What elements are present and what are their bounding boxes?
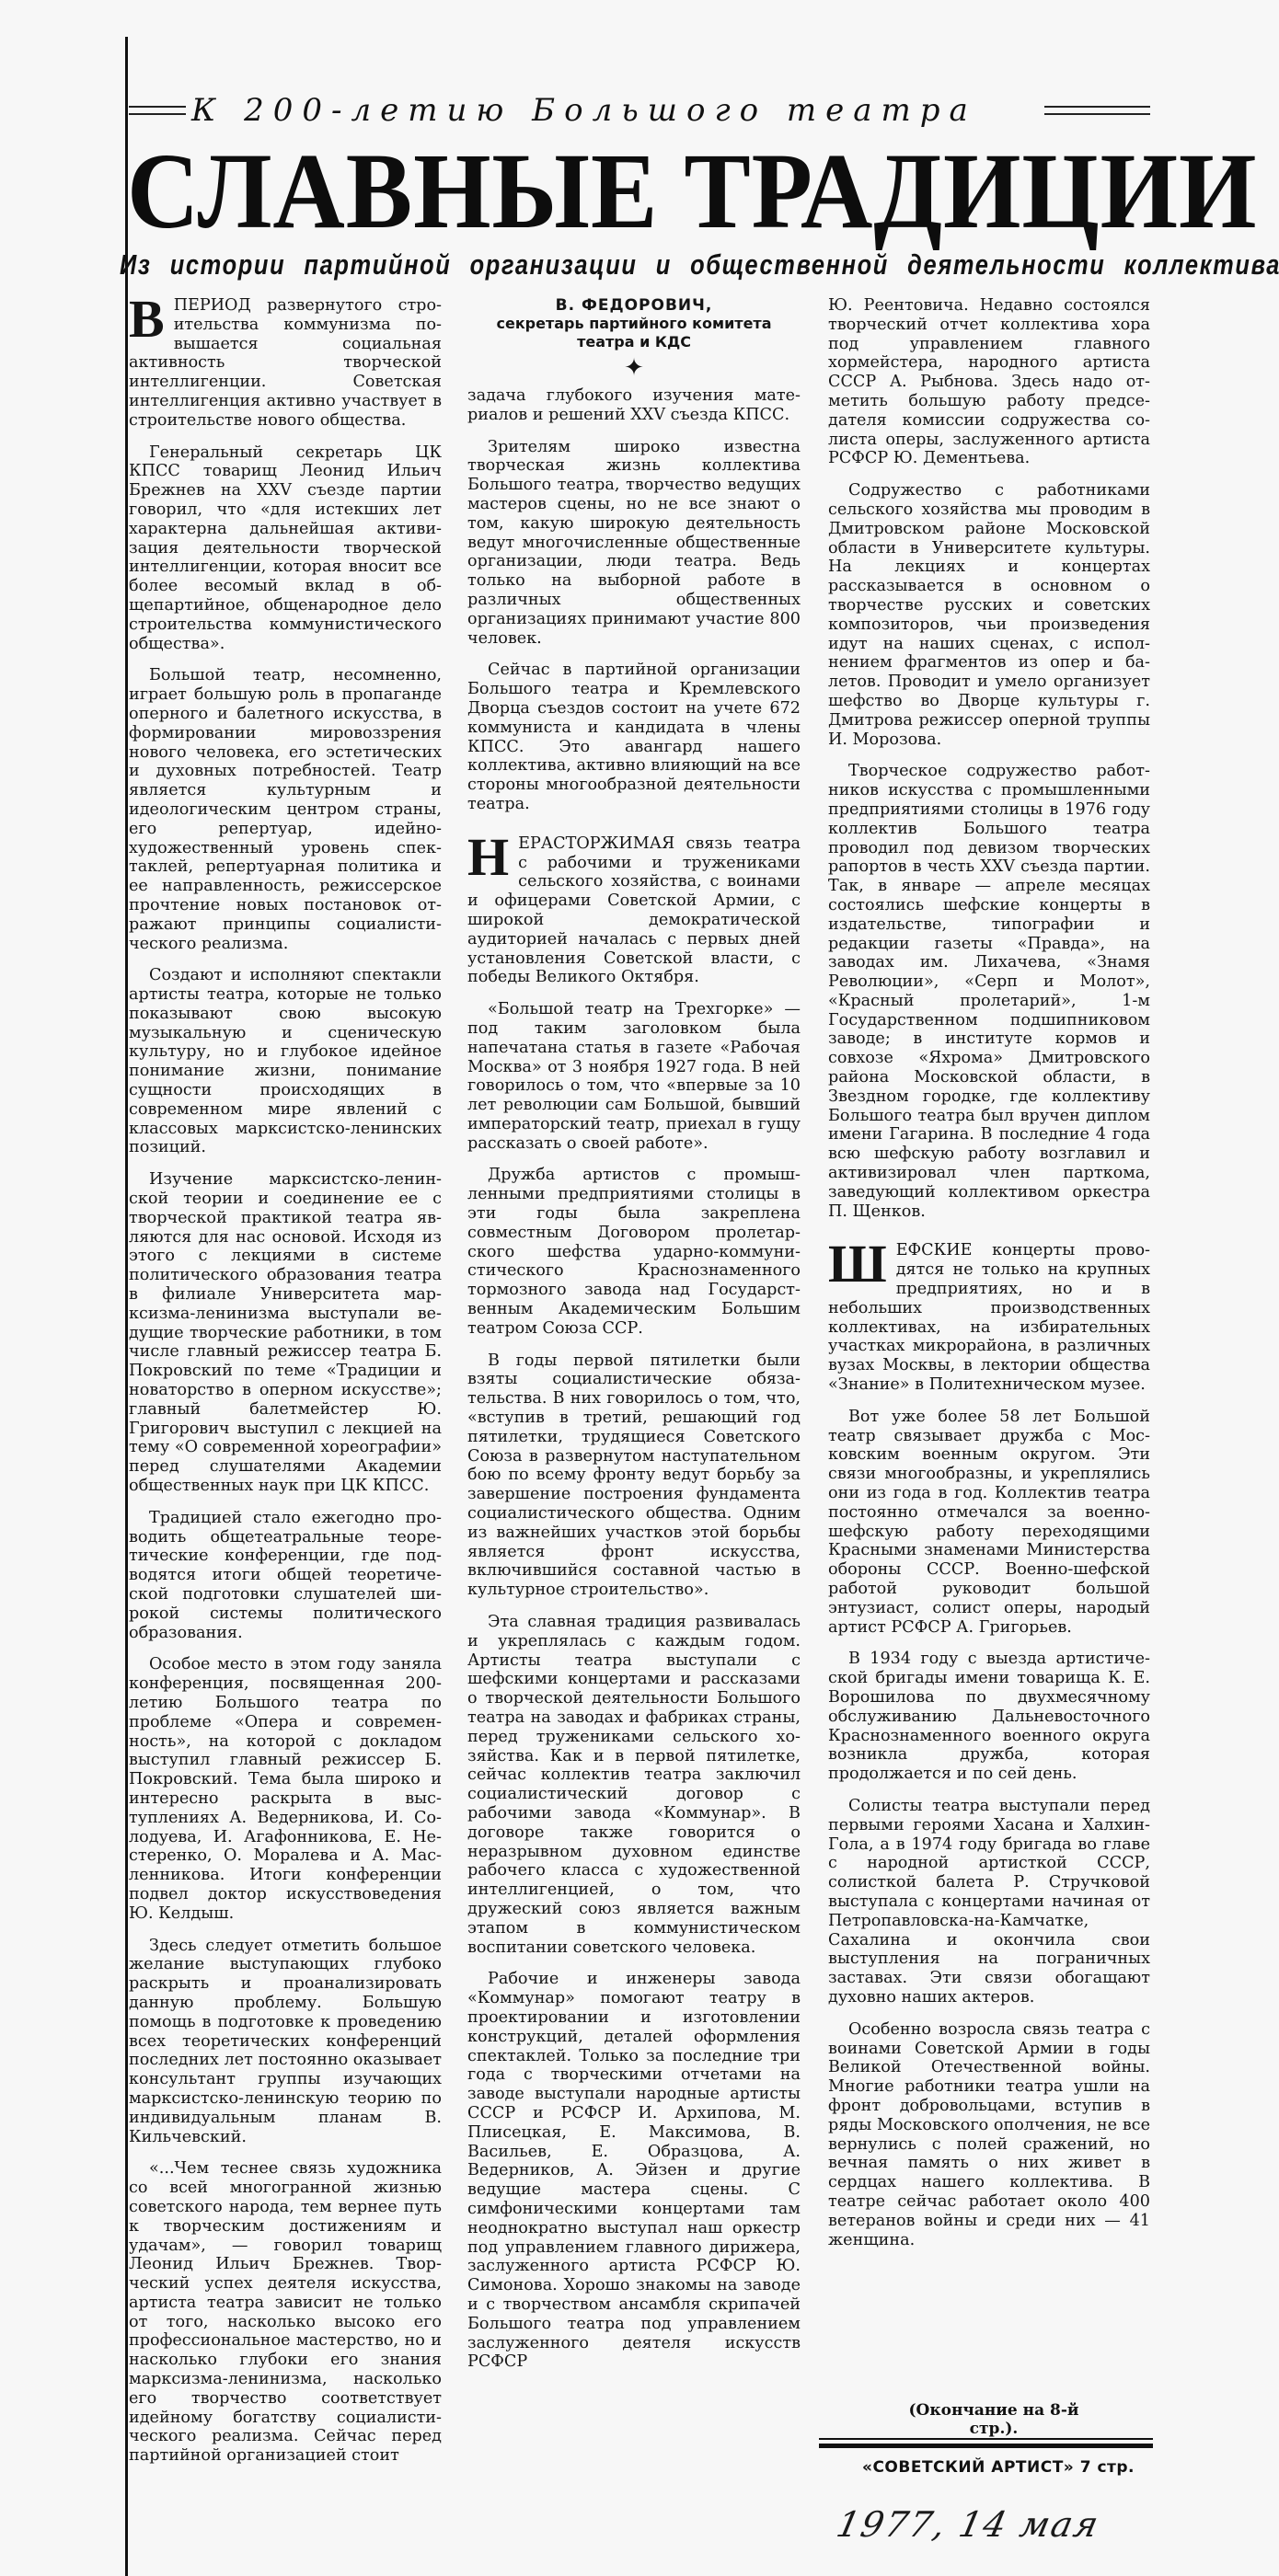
paragraph: Содружество с работниками сельского хозя… (828, 481, 1150, 749)
author-name: В. ФЕДОРОВИЧ, (467, 296, 801, 315)
kicker-text: К 200-летию Большого театра (186, 92, 1044, 129)
drop-cap: Ш (828, 1243, 887, 1285)
paragraph-text: развернутого стро­ительства коммунизма п… (129, 296, 442, 430)
section-kicker: К 200-летию Большого театра (129, 90, 1150, 131)
paragraph: ВПЕРИОД развернутого стро­ительства комм… (129, 296, 442, 431)
paragraph: Ю. Реентовича. Недавно состоял­ся творче… (828, 296, 1150, 468)
author-byline: В. ФЕДОРОВИЧ, секретарь партийного комит… (467, 296, 801, 351)
paragraph: Изучение марксистско-ленин­ской теории и… (129, 1170, 442, 1496)
paragraph: ШЕФСКИЕ концерты прово­дятся не только н… (828, 1241, 1150, 1394)
paragraph: Здесь следует отметить боль­шое желание … (129, 1937, 442, 2147)
kicker-rule-left (129, 106, 186, 115)
paragraph-text: связь те­атра с рабочими и тружени­ками … (467, 834, 801, 987)
article-column-2: В. ФЕДОРОВИЧ, секретарь партийного комит… (467, 296, 801, 2385)
lead-word: ЕФСКИЕ (896, 1241, 973, 1259)
column-border-line (125, 37, 128, 2576)
paragraph: задача глубокого изучения мате­риалов и … (467, 386, 801, 425)
author-position-2: театра и КДС (467, 333, 801, 351)
paragraph: НЕРАСТОРЖИМАЯ связь те­атра с рабочими и… (467, 834, 801, 987)
paragraph: Традицией стало ежегодно про­водить обще… (129, 1509, 442, 1643)
drop-cap: В (129, 298, 165, 340)
star-ornament-icon: ✦ (467, 355, 801, 381)
paragraph: Дружба артистов с промыш­ленными предпри… (467, 1166, 801, 1338)
subheadline: Из истории партийной организации и общес… (120, 247, 961, 283)
paragraph: Вот уже более 58 лет Большой театр связы… (828, 1408, 1150, 1638)
lead-word: ЕРАСТОРЖИМАЯ (518, 834, 674, 853)
paragraph: В годы первой пятилетки были взяты социа… (467, 1351, 801, 1600)
continued-note: (Окончание на 8-й стр.). (883, 2401, 1104, 2438)
publication-footer: «СОВЕТСКИЙ АРТИСТ» 7 стр. (860, 2458, 1136, 2477)
headline: СЛАВНЫЕ ТРАДИЦИИ (127, 136, 1058, 247)
paragraph: Творческое содружество работ­ников искус… (828, 762, 1150, 1221)
paragraph: Особое место в этом году заня­ла конфере… (129, 1655, 442, 1923)
paragraph: Сейчас в партийной организа­ции Большого… (467, 661, 801, 813)
article-column-1: ВПЕРИОД развернутого стро­ительства комм… (129, 296, 442, 2478)
paragraph: В 1934 году с выезда артистиче­ской бриг… (828, 1650, 1150, 1784)
paragraph: Эта славная традиция развива­лась и укре… (467, 1613, 801, 1957)
paragraph: Рабочие и инженеры завода «Коммунар» пом… (467, 1970, 801, 2372)
paragraph: Зрителям широко известна творческая жизн… (467, 438, 801, 649)
paragraph: Генеральный секретарь ЦК КПСС товарищ Ле… (129, 443, 442, 654)
paragraph: Солисты театра выступали пе­ред первыми … (828, 1797, 1150, 2007)
drop-cap: Н (467, 836, 509, 879)
lead-word: ПЕРИОД (174, 296, 251, 315)
paragraph: Особенно возросла связь театра с воинами… (828, 2020, 1150, 2250)
handwritten-date: 1977, 14 мая (833, 2504, 1103, 2545)
paragraph: Большой театр, несомненно, играет большу… (129, 666, 442, 953)
kicker-rule-right (1044, 106, 1150, 115)
paragraph: «Большой театр на Трехгорке» — под таким… (467, 1000, 801, 1153)
footer-rule (819, 2438, 1153, 2448)
author-position: секретарь партийного комитета (467, 315, 801, 333)
paragraph: Создают и исполняют спектак­ли артисты т… (129, 966, 442, 1157)
paragraph: «...Чем теснее связь художника со всей м… (129, 2159, 442, 2466)
article-column-3: Ю. Реентовича. Недавно состоял­ся творче… (828, 296, 1150, 2262)
